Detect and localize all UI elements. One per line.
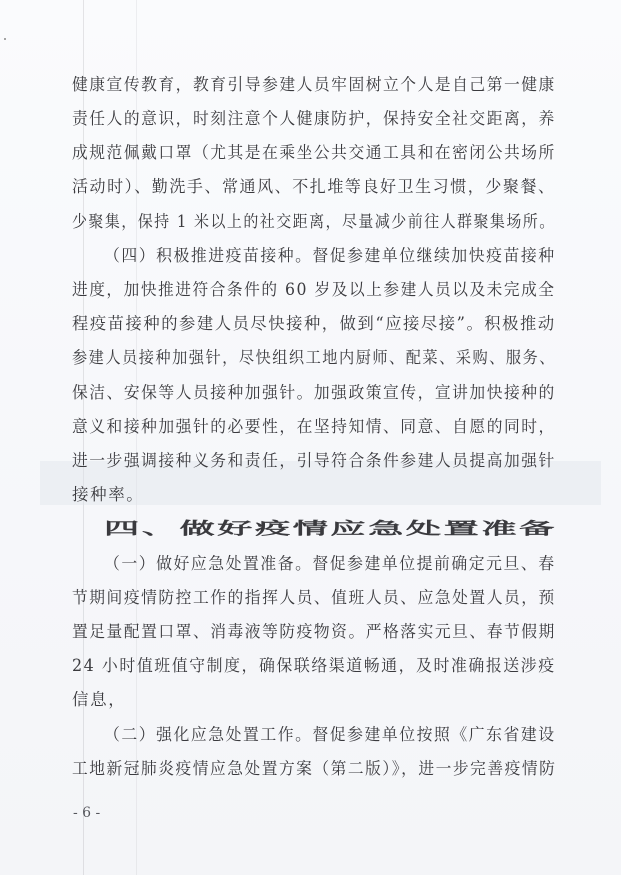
text-line: 工地新冠肺炎疫情应急处置方案（第二版）》，进一步完善疫情防 [72,759,556,779]
section-heading: 四、做好疫情应急处置准备 [104,519,557,539]
text-line: 少聚集，保持 1 米以上的社交距离，尽量减少前往人群聚集场所。 [72,212,556,232]
text-line: 24 小时值班值守制度，确保联络渠道畅通，及时准确报送涉疫 [72,656,556,676]
page-number: - 6 - [73,805,100,821]
text-line: 置足量配置口罩、消毒液等防疫物资。严格落实元旦、春节假期 [72,622,556,642]
scanned-page: 健康宣传教育，教育引导参建人员牢固树立个人是自己第一健康责任人的意识，时刻注意个… [0,0,621,875]
text-line: 意义和接种加强针的必要性，在坚持知情、同意、自愿的同时， [72,417,556,437]
text-line: 成规范佩戴口罩（尤其是在乘坐公共交通工具和在密闭公共场所 [72,143,556,163]
text-line: 活动时）、勤洗手、常通风、不扎堆等良好卫生习惯，少聚餐、 [72,177,556,197]
text-line: 接种率。 [72,485,144,505]
text-line: 信息， [72,690,126,710]
text-line: 程疫苗接种的参建人员尽快接种，做到“应接尽接”。积极推动 [72,314,556,334]
text-line: 节期间疫情防控工作的指挥人员、值班人员、应急处置人员，预 [72,588,556,608]
text-line: 健康宣传教育，教育引导参建人员牢固树立个人是自己第一健康 [72,75,556,95]
text-line: 进度，加快推进符合条件的 60 岁及以上参建人员以及未完成全 [72,280,556,300]
text-line: （一）做好应急处置准备。督促参建单位提前确定元旦、春 [104,554,556,574]
text-line: （四）积极推进疫苗接种。督促参建单位继续加快疫苗接种 [104,246,556,266]
text-line: （二）强化应急处置工作。督促参建单位按照《广东省建设 [104,725,556,745]
text-line: 保洁、安保等人员接种加强针。加强政策宣传，宣讲加快接种的 [72,383,556,403]
text-line: 进一步强调接种义务和责任，引导符合条件参建人员提高加强针 [72,451,556,471]
text-line: 参建人员接种加强针，尽快组织工地内厨师、配菜、采购、服务、 [72,348,556,368]
scan-speck [4,38,6,40]
text-line: 责任人的意识，时刻注意个人健康防护，保持安全社交距离，养 [72,109,556,129]
scan-fold-line [83,0,84,875]
